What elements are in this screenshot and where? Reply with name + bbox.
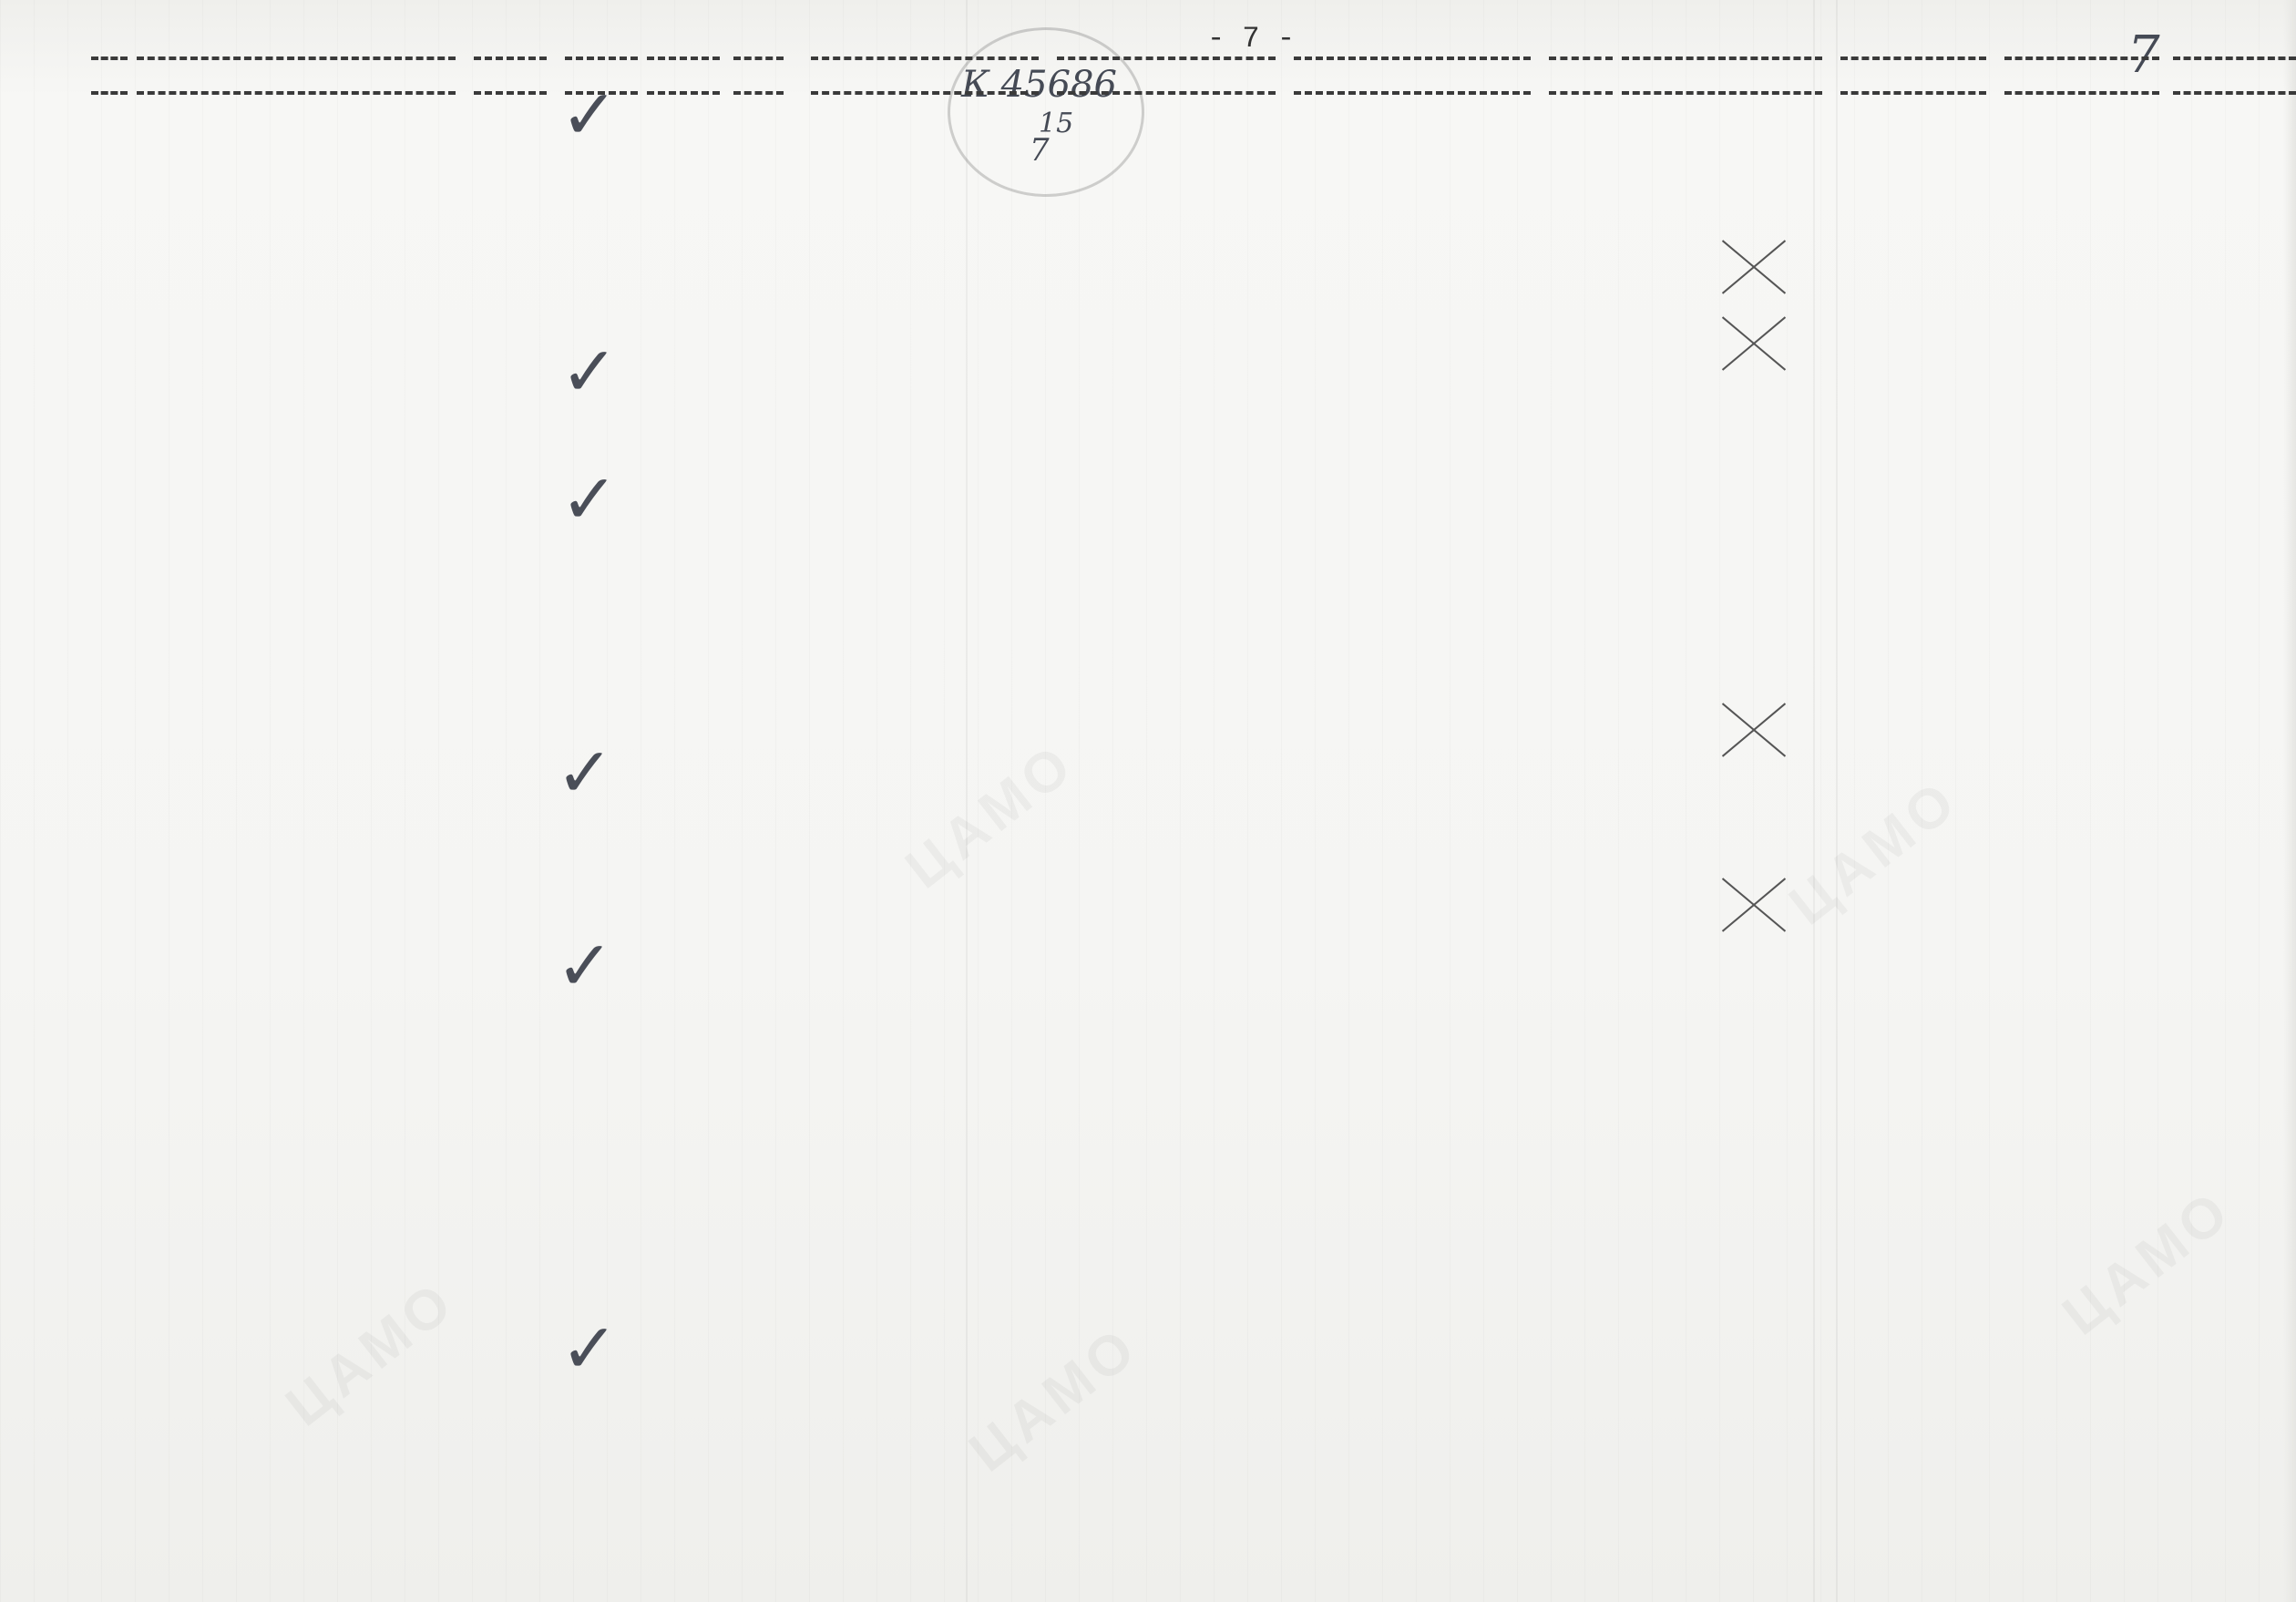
header-rule — [1840, 91, 1986, 95]
watermark: ЦАМО — [1778, 767, 1971, 939]
header-rule — [1549, 56, 1613, 60]
header-rule — [2173, 56, 2296, 60]
header-rule — [91, 56, 128, 60]
header-rule — [647, 91, 720, 95]
header-rule — [1294, 56, 1531, 60]
checkmark-icon: ✓ — [560, 1314, 619, 1383]
watermark: ЦАМО — [894, 731, 1087, 902]
header-rule — [1549, 91, 1613, 95]
paper-edge — [2283, 0, 2296, 1602]
header-rule — [1057, 91, 1276, 95]
header-rule — [733, 91, 784, 95]
header-rule — [733, 56, 784, 60]
header-rule — [2173, 91, 2296, 95]
header-rule — [1294, 91, 1531, 95]
archive-document-page: ЦАМО ЦАМО ЦАМО ЦАМО ЦАМО - 7 - 7 К 45686… — [0, 0, 2296, 1602]
checkmark-icon: ✓ — [556, 738, 614, 807]
header-rule — [1622, 91, 1822, 95]
header-rule — [2004, 91, 2159, 95]
header-rule — [474, 56, 547, 60]
stamp-mark: 7 — [1030, 132, 1050, 169]
header-rule — [1622, 56, 1822, 60]
archive-number: К 45686 — [961, 64, 1117, 106]
header-rule — [811, 91, 1039, 95]
checkmark-icon: ✓ — [556, 931, 614, 1001]
watermark: ЦАМО — [958, 1314, 1151, 1485]
header-rule — [1840, 56, 1986, 60]
page-number: - 7 - — [1207, 22, 1295, 56]
paper-fold — [1813, 0, 1815, 1602]
checkmark-icon: ✓ — [560, 80, 619, 149]
corner-page-number: 7 — [2127, 26, 2160, 85]
header-rule — [1057, 56, 1276, 60]
header-rule — [647, 56, 720, 60]
header-rule — [565, 56, 638, 60]
paper-fold — [1836, 0, 1838, 1602]
header-rule — [474, 91, 547, 95]
watermark: ЦАМО — [274, 1268, 467, 1440]
header-rule — [2004, 56, 2159, 60]
header-rule — [811, 56, 1039, 60]
checkmark-icon: ✓ — [560, 465, 619, 534]
header-rule — [137, 56, 456, 60]
watermark: ЦАМО — [2051, 1177, 2244, 1349]
header-rule — [137, 91, 456, 95]
checkmark-icon: ✓ — [560, 337, 619, 406]
header-rule — [91, 91, 128, 95]
